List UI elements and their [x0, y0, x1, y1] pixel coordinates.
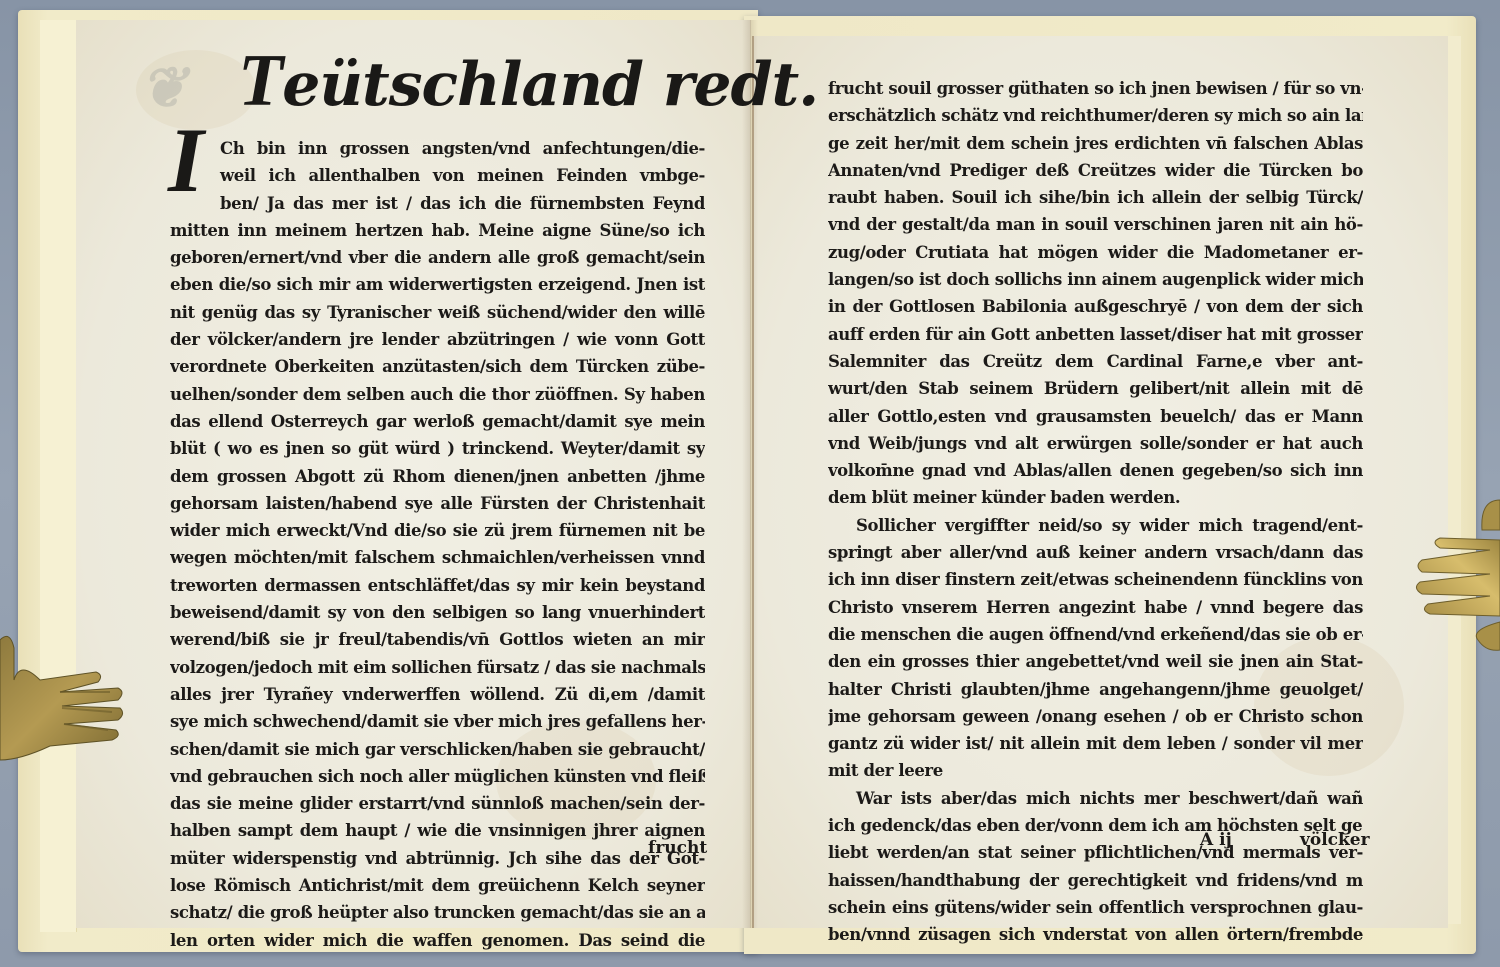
text-line: frucht souil grosser güthaten so ich jne…: [828, 75, 1363, 102]
text-line: gantz zü wider ist/ nit allein mit dem l…: [828, 730, 1363, 757]
text-line: geboren/ernert/vnd vber die andern alle …: [170, 244, 705, 271]
text-line: aller Gottlo,esten vnd grausamsten beuel…: [828, 403, 1363, 430]
text-line: lose Römisch Antichrist/mit dem greüiche…: [170, 872, 705, 899]
text-line: Sollicher vergiffter neid/so sy wider mi…: [828, 512, 1363, 539]
text-line: nit genüg das sy Tyranischer weiß süchen…: [170, 299, 705, 326]
text-line: vnd gebrauchen sich noch aller müglichen…: [170, 763, 705, 790]
text-line: zug/oder Crutiata hat mögen wider die Ma…: [828, 239, 1363, 266]
catchword-right: völcker: [1300, 830, 1370, 850]
text-line: War ists aber/das mich nichts mer beschw…: [828, 785, 1363, 812]
text-line: haissen/handthabung der gerechtigkeit vn…: [828, 867, 1363, 894]
text-line: wider mich erweckt/Vnd die/so sie zü jre…: [170, 517, 705, 544]
text-line: ben/ Ja das mer ist / das ich die fürnem…: [170, 190, 705, 217]
text-line: volzogen/jedoch mit eim sollichen fürsat…: [170, 654, 705, 681]
text-line: alles jrer Tyrañey vnderwerffen wöllend.…: [170, 681, 705, 708]
text-line: müter widerspenstig vnd abtrünnig. Jch s…: [170, 845, 705, 872]
catchword-left: frucht: [648, 838, 707, 858]
text-line: raubt haben. Souil ich sihe/bin ich alle…: [828, 184, 1363, 211]
page-heading: Teütschland redt.: [238, 46, 818, 120]
text-line: weil ich allenthalben von meinen Feinden…: [170, 162, 705, 189]
text-line: Salemniter das Creütz dem Cardinal Farne…: [828, 348, 1363, 375]
brass-hand-icon: [0, 620, 130, 770]
text-line: den ein grosses thier angebettet/vnd wei…: [828, 648, 1363, 675]
text-line: das sie meine glider erstarrt/vnd sünnlo…: [170, 790, 705, 817]
text-line: treworten dermassen entschläffet/das sy …: [170, 572, 705, 599]
text-line: sye mich schwechend/damit sie vber mich …: [170, 708, 705, 735]
text-line: springt aber aller/vnd auß keiner andern…: [828, 539, 1363, 566]
text-line: Annaten/vnd Prediger deß Creützes wider …: [828, 157, 1363, 184]
text-line: eben die/so sich mir am widerwertigsten …: [170, 271, 705, 298]
text-line: len orten wider mich die waffen genomen.…: [170, 927, 705, 954]
text-line: ich gedenck/das eben der/vonn dem ich am…: [828, 812, 1363, 839]
cover-turn-in-left: [40, 20, 77, 932]
text-line: gehorsam laisten/habend sye alle Fürsten…: [170, 490, 705, 517]
signature-mark: A ij: [1200, 830, 1232, 850]
text-line: blüt ( wo es jnen so güt würd ) trincken…: [170, 435, 705, 462]
text-line: langen/so ist doch sollichs inn ainem au…: [828, 266, 1363, 293]
text-line: dem grossen Abgott zü Rhom dienen/jnen a…: [170, 463, 705, 490]
text-line: der völcker/andern jre lender abzütringe…: [170, 326, 705, 353]
text-line: liebt werden/an stat seiner pflichtliche…: [828, 839, 1363, 866]
text-line: dem blüt meiner künder baden werden.: [828, 484, 1363, 511]
book-gutter: [742, 20, 758, 928]
text-line: uelhen/sonder dem selben auch die thor z…: [170, 381, 705, 408]
text-line: schatz/ die groß heüpter also truncken g…: [170, 899, 705, 926]
brass-hand-icon: [1410, 490, 1500, 660]
text-line: halben sampt dem haupt / wie die vnsinni…: [170, 817, 705, 844]
text-line: schein eins gütens/wider sein offentlich…: [828, 894, 1363, 921]
cover-turn-in-right: [1446, 36, 1461, 924]
text-line: das ellend Osterreych gar werloß gemacht…: [170, 408, 705, 435]
text-line: volkom̄ne gnad vnd Ablas/allen denen geg…: [828, 457, 1363, 484]
text-line: jme gehorsam geween /onang esehen / ob e…: [828, 703, 1363, 730]
text-line: schen/damit sie mich gar verschlicken/ha…: [170, 736, 705, 763]
text-line: halter Christi glaubten/jhme angehangenn…: [828, 676, 1363, 703]
text-line: Christo vnserem Herren angezint habe / v…: [828, 594, 1363, 621]
text-line: Ch bin inn grossen angsten/vnd anfechtun…: [170, 135, 705, 162]
text-line: ge zeit her/mit dem schein jres erdichte…: [828, 130, 1363, 157]
text-line: erschätzlich schätz vnd reichthumer/dere…: [828, 102, 1363, 129]
text-line: mit der leere: [828, 757, 1363, 784]
left-page-text: Ch bin inn grossen angsten/vnd anfechtun…: [170, 135, 705, 954]
text-line: verordnete Oberkeiten anzütasten/sich de…: [170, 353, 705, 380]
text-line: ich inn diser finstern zeit/etwas schein…: [828, 566, 1363, 593]
text-line: auff erden für ain Gott anbetten lasset/…: [828, 321, 1363, 348]
text-line: die menschen die augen öffnend/vnd erkeñ…: [828, 621, 1363, 648]
text-line: ben/vnnd züsagen sich vnderstat von alle…: [828, 921, 1363, 948]
right-page-text: frucht souil grosser güthaten so ich jne…: [828, 75, 1363, 949]
text-line: wegen möchten/mit falschem schmaichlen/v…: [170, 544, 705, 571]
text-line: mitten inn meinem hertzen hab. Meine aig…: [170, 217, 705, 244]
heading-text: eütschland redt.: [282, 50, 818, 120]
text-line: werend/biß sie jr freul/tabendis/vn̄ Got…: [170, 626, 705, 653]
text-line: wurt/den Stab seinem Brüdern gelibert/ni…: [828, 375, 1363, 402]
text-line: vnd der gestalt/da man in souil verschin…: [828, 211, 1363, 238]
text-line: beweisend/damit sy von den selbigen so l…: [170, 599, 705, 626]
text-line: in der Gottlosen Babilonia außgeschryē /…: [828, 293, 1363, 320]
text-line: vnd Weib/jungs vnd alt erwürgen solle/so…: [828, 430, 1363, 457]
heading-initial: T: [238, 40, 282, 122]
